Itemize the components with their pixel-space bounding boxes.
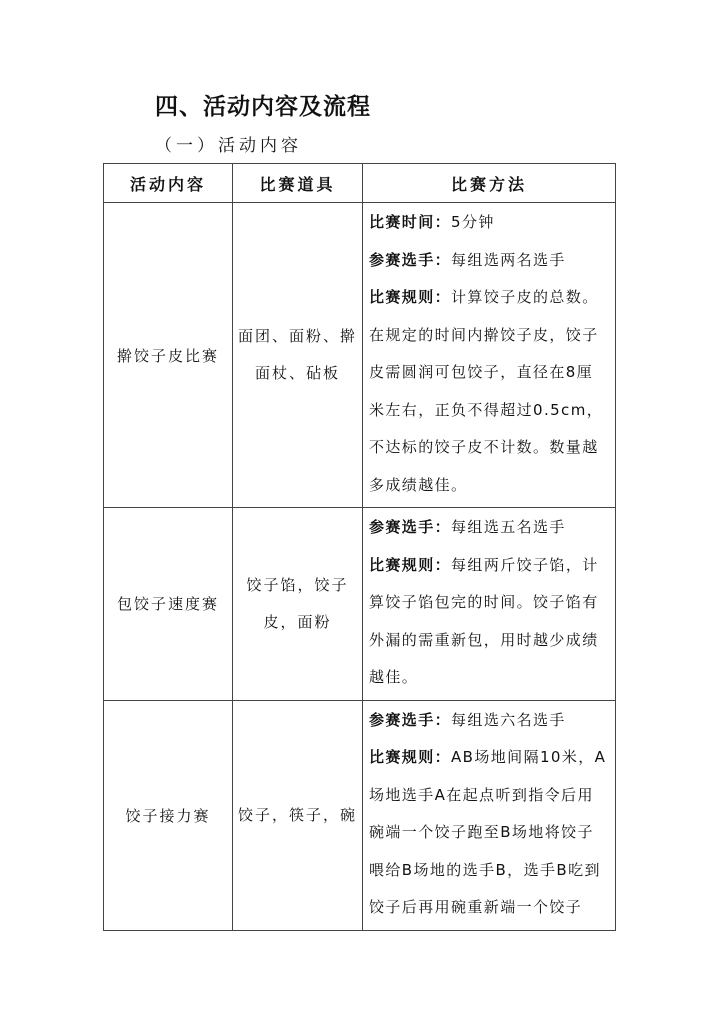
method-line: 比赛时间：5分钟 xyxy=(369,204,609,242)
table-row: 包饺子速度赛 饺子馅，饺子皮，面粉 参赛选手：每组选五名选手 比赛规则：每组两斤… xyxy=(104,508,616,701)
method-text: 每组选五名选手 xyxy=(451,518,566,536)
method-line: 参赛选手：每组选六名选手 xyxy=(369,702,609,740)
method-text: 每组两斤饺子馅，计算饺子馅包完的时间。饺子馅有外漏的需重新包，用时越少成绩越佳。 xyxy=(369,556,599,687)
method-cell: 参赛选手：每组选五名选手 比赛规则：每组两斤饺子馅，计算饺子馅包完的时间。饺子馅… xyxy=(363,508,616,701)
header-activity: 活动内容 xyxy=(104,164,233,203)
table-header-row: 活动内容 比赛道具 比赛方法 xyxy=(104,164,616,203)
method-label: 参赛选手： xyxy=(369,711,451,729)
table-row: 擀饺子皮比赛 面团、面粉、擀面杖、砧板 比赛时间：5分钟 参赛选手：每组选两名选… xyxy=(104,203,616,508)
method-line: 比赛规则：计算饺子皮的总数。在规定的时间内擀饺子皮，饺子皮需圆润可包饺子，直径在… xyxy=(369,279,609,504)
activity-cell: 包饺子速度赛 xyxy=(104,508,233,701)
activity-cell: 擀饺子皮比赛 xyxy=(104,203,233,508)
method-cell: 参赛选手：每组选六名选手 比赛规则：AB场地间隔10米，A场地选手A在起点听到指… xyxy=(363,700,616,930)
method-text: 5分钟 xyxy=(451,213,495,231)
method-label: 比赛规则： xyxy=(369,288,451,306)
activity-table: 活动内容 比赛道具 比赛方法 擀饺子皮比赛 面团、面粉、擀面杖、砧板 比赛时间：… xyxy=(103,163,616,931)
props-cell: 饺子，筷子，碗 xyxy=(233,700,363,930)
section-title: 四、活动内容及流程 xyxy=(155,88,371,121)
header-method: 比赛方法 xyxy=(363,164,616,203)
method-line: 比赛规则：AB场地间隔10米，A场地选手A在起点听到指令后用碗端一个饺子跑至B场… xyxy=(369,739,609,927)
method-text: AB场地间隔10米，A场地选手A在起点听到指令后用碗端一个饺子跑至B场地将饺子喂… xyxy=(369,748,606,916)
method-label: 参赛选手： xyxy=(369,518,451,536)
method-line: 参赛选手：每组选两名选手 xyxy=(369,242,609,280)
method-label: 参赛选手： xyxy=(369,251,451,269)
table-row: 饺子接力赛 饺子，筷子，碗 参赛选手：每组选六名选手 比赛规则：AB场地间隔10… xyxy=(104,700,616,930)
method-text: 每组选六名选手 xyxy=(451,711,566,729)
method-label: 比赛规则： xyxy=(369,748,451,766)
method-cell: 比赛时间：5分钟 参赛选手：每组选两名选手 比赛规则：计算饺子皮的总数。在规定的… xyxy=(363,203,616,508)
props-cell: 饺子馅，饺子皮，面粉 xyxy=(233,508,363,701)
subsection-title: （一）活动内容 xyxy=(155,131,302,156)
method-text: 计算饺子皮的总数。在规定的时间内擀饺子皮，饺子皮需圆润可包饺子，直径在8厘米左右… xyxy=(369,288,603,494)
method-line: 参赛选手：每组选五名选手 xyxy=(369,509,609,547)
header-props: 比赛道具 xyxy=(233,164,363,203)
method-text: 每组选两名选手 xyxy=(451,251,566,269)
method-label: 比赛时间： xyxy=(369,213,451,231)
method-line: 比赛规则：每组两斤饺子馅，计算饺子馅包完的时间。饺子馅有外漏的需重新包，用时越少… xyxy=(369,547,609,697)
props-cell: 面团、面粉、擀面杖、砧板 xyxy=(233,203,363,508)
activity-cell: 饺子接力赛 xyxy=(104,700,233,930)
method-label: 比赛规则： xyxy=(369,556,451,574)
